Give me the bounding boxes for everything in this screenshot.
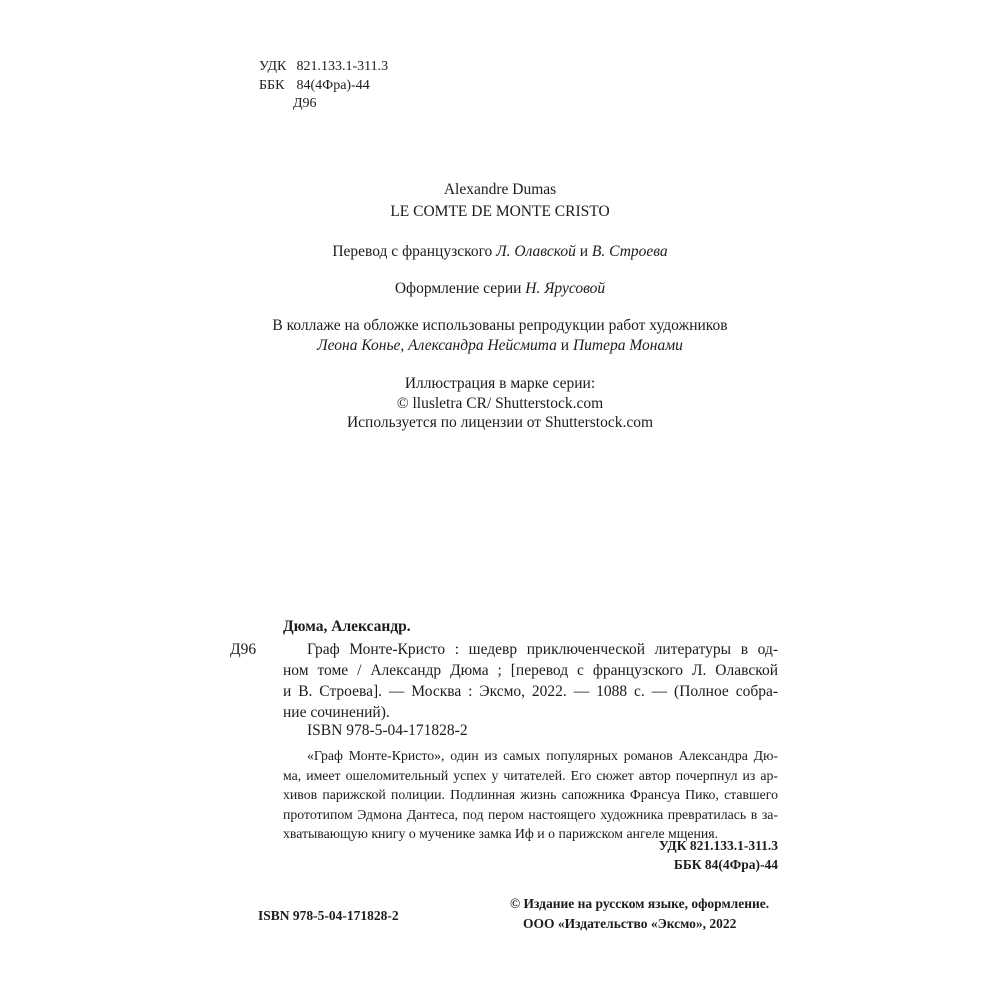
designer: Н. Ярусовой — [525, 280, 605, 297]
copyright-line-1: © Издание на русском языке, оформление. — [510, 894, 769, 913]
udk-bottom: УДК 821.133.1-311.3 — [659, 836, 778, 855]
udk-value: 821.133.1-311.3 — [297, 59, 389, 74]
copyright-line-2: ООО «Издательство «Эксмо», 2022 — [523, 914, 736, 933]
bib-line: Граф Монте-Кристо : шедевр приключенческ… — [283, 639, 778, 660]
annotation-line: «Граф Монте-Кристо», один из самых попул… — [283, 746, 778, 766]
illustration-line-3: Используется по лицензии от Shutterstock… — [0, 412, 1000, 433]
collage-artists: Леона Конье, Александра Нейсмита и Питер… — [0, 335, 1000, 356]
udk-row: УДК 821.133.1-311.3 — [259, 58, 388, 77]
bbk-value: 84(4Фра)-44 — [297, 78, 370, 93]
bbk-bottom: ББК 84(4Фра)-44 — [674, 855, 778, 874]
bib-heading: Дюма, Александр. — [283, 616, 778, 637]
bbk-row: ББК 84(4Фра)-44 — [259, 77, 388, 96]
footer-isbn: ISBN 978-5-04-171828-2 — [258, 906, 399, 925]
original-title: LE COMTE DE MONTE CRISTO — [0, 201, 1000, 222]
artist-3: Питера Монами — [573, 337, 683, 354]
annotation: «Граф Монте-Кристо», один из самых попул… — [283, 746, 778, 844]
bib-line: и В. Строева]. — Москва : Эксмо, 2022. —… — [283, 681, 778, 702]
artists-and: и — [561, 337, 569, 354]
author-mark-bib: Д96 — [230, 639, 256, 660]
illustration-line-1: Иллюстрация в марке серии: — [0, 373, 1000, 394]
bib-line: ном томе / Александр Дюма ; [перевод с ф… — [283, 660, 778, 681]
artist-2: Александра Нейсмита — [408, 337, 557, 354]
bib-isbn: ISBN 978-5-04-171828-2 — [283, 720, 802, 741]
author-mark-top: Д96 — [259, 95, 388, 114]
annotation-line: хивов парижской полиции. Подлинная жизнь… — [283, 785, 778, 805]
design-prefix: Оформление серии — [395, 280, 522, 297]
udk-label: УДК — [259, 58, 293, 77]
annotation-line: ма, имеет ошеломительный успех у читател… — [283, 766, 778, 786]
bib-body: Граф Монте-Кристо : шедевр приключенческ… — [283, 639, 778, 723]
translator-2: В. Строева — [592, 243, 668, 260]
annotation-line: прототипом Эдмона Дантеса, под пером нас… — [283, 805, 778, 825]
translation-prefix: Перевод с французского — [332, 243, 492, 260]
illustration-line-2: © llusletra CR/ Shutterstock.com — [0, 393, 1000, 414]
bbk-label: ББК — [259, 77, 293, 96]
original-author: Alexandre Dumas — [0, 179, 1000, 200]
collage-credit-line: В коллаже на обложке использованы репрод… — [0, 315, 1000, 336]
translation-credit: Перевод с французского Л. Олавской и В. … — [0, 241, 1000, 262]
translator-1: Л. Олавской — [496, 243, 576, 260]
classification-block-top: УДК 821.133.1-311.3 ББК 84(4Фра)-44 Д96 — [259, 58, 388, 114]
artist-1: Леона Конье, — [317, 337, 404, 354]
series-design-credit: Оформление серии Н. Ярусовой — [0, 278, 1000, 299]
translation-and: и — [580, 243, 588, 260]
